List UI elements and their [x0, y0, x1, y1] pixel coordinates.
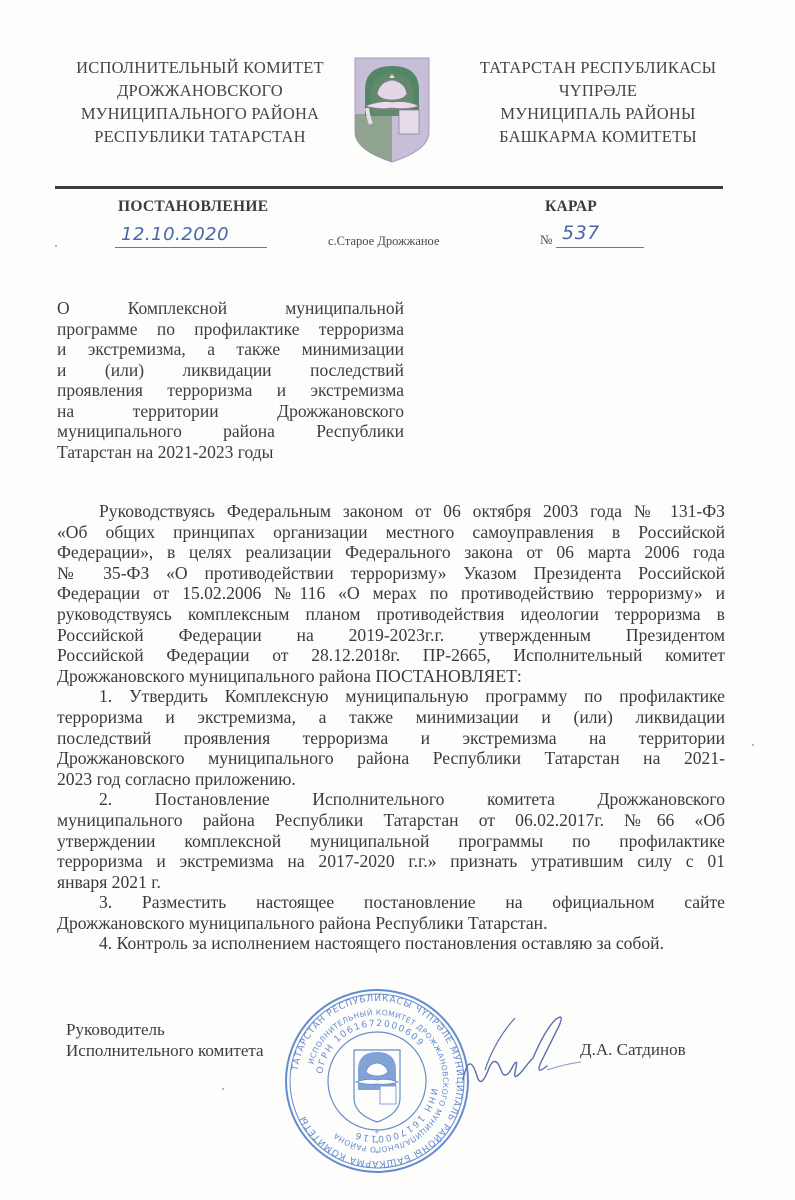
- body-line: «Об общих принципах организации местного…: [57, 522, 725, 543]
- doc-type-russian: ПОСТАНОВЛЕНИЕ: [118, 198, 268, 216]
- document-page: ИСПОЛНИТЕЛЬНЫЙ КОМИТЕТ ДРОЖЖАНОВСКОГО МУ…: [0, 0, 795, 1200]
- svg-text:*: *: [375, 1139, 379, 1148]
- body-line: Руководствуясь Федеральным законом от 06…: [57, 501, 725, 522]
- body-line: терроризма и экстремизма на 2017-2020 г.…: [57, 851, 725, 872]
- subject-line: и (или) ликвидации последствий: [57, 360, 404, 381]
- subject-line: О Комплексной муниципальной: [57, 298, 404, 319]
- number-field: 537: [556, 226, 644, 248]
- signatory-name: Д.А. Сатдинов: [580, 1040, 686, 1060]
- svg-text:*: *: [375, 1149, 379, 1158]
- subject-line: на территории Дрожжановского: [57, 401, 404, 422]
- signatory-title-line-1: Руководитель: [66, 1019, 264, 1040]
- header-right-line: ТАТАРСТАН РЕСПУБЛИКАСЫ: [448, 56, 748, 79]
- number-value: 537: [562, 222, 600, 244]
- date-field: 12.10.2020: [115, 226, 267, 248]
- header-left-line: МУНИЦИПАЛЬНОГО РАЙОНА: [50, 102, 350, 125]
- header-right-line: ЧҮПРӘЛЕ: [448, 79, 748, 102]
- header-left-russian: ИСПОЛНИТЕЛЬНЫЙ КОМИТЕТ ДРОЖЖАНОВСКОГО МУ…: [50, 56, 350, 148]
- body-line: Российской Федерации на 2019-2023г.г. ут…: [57, 625, 725, 646]
- body-line: № 35-ФЗ «О противодействии терроризму» У…: [57, 563, 725, 584]
- subject-line: Татарстан на 2021-2023 годы: [57, 442, 404, 463]
- scan-speck: [752, 744, 754, 746]
- body-line: терроризма и экстремизма, а также миними…: [57, 707, 725, 728]
- body-line: 2023 год согласно приложению.: [57, 769, 725, 790]
- doc-type-tatar: КАРАР: [545, 198, 597, 216]
- body-line: Российской Федерации от 28.12.2018г. ПР-…: [57, 645, 725, 666]
- header-right-line: МУНИЦИПАЛЬ РАЙОНЫ: [448, 102, 748, 125]
- signatory-title-line-2: Исполнительного комитета: [66, 1040, 264, 1061]
- date-value: 12.10.2020: [121, 224, 229, 245]
- header-left-line: ДРОЖЖАНОВСКОГО: [50, 79, 350, 102]
- subject-line: муниципального района Республики: [57, 421, 404, 442]
- scan-speck: [55, 245, 57, 247]
- official-stamp-icon: ТАТАРСТАН РЕСПУБЛИКАСЫ ЧҮПРӘЛЕ МУНИЦИПАЛ…: [282, 986, 472, 1176]
- item-3-paragraph: 3. Разместить настоящее постановление на…: [57, 892, 725, 933]
- body-line: последствий проявления терроризма и экст…: [57, 728, 725, 749]
- body-line: 1. Утвердить Комплексную муниципальную п…: [57, 686, 725, 707]
- header-left-line: РЕСПУБЛИКИ ТАТАРСТАН: [50, 125, 350, 148]
- svg-text:*: *: [375, 1129, 379, 1138]
- subject-block: О Комплексной муниципальной программе по…: [57, 298, 404, 462]
- body-line: 4. Контроль за исполнением настоящего по…: [57, 933, 725, 954]
- body-line: 3. Разместить настоящее постановление на…: [57, 892, 725, 913]
- subject-line: программе по профилактике терроризма: [57, 319, 404, 340]
- body-line: Федерации от 15.02.2006 №116 «О мерах по…: [57, 583, 725, 604]
- body-line: утверждении комплексной муниципальной пр…: [57, 831, 725, 852]
- body-line: руководствуясь комплексным планом против…: [57, 604, 725, 625]
- header-left-line: ИСПОЛНИТЕЛЬНЫЙ КОМИТЕТ: [50, 56, 350, 79]
- body-line: 2. Постановление Исполнительного комитет…: [57, 789, 725, 810]
- body-line: января 2021 г.: [57, 872, 725, 893]
- header-right-tatar: ТАТАРСТАН РЕСПУБЛИКАСЫ ЧҮПРӘЛЕ МУНИЦИПАЛ…: [448, 56, 748, 148]
- subject-line: проявления терроризма и экстремизма: [57, 380, 404, 401]
- preamble-paragraph: Руководствуясь Федеральным законом от 06…: [57, 501, 725, 686]
- coat-of-arms-icon: [351, 54, 433, 166]
- scan-speck: [222, 1088, 224, 1090]
- body-line: Дрожжановского муниципального района ПОС…: [57, 666, 725, 687]
- item-4-paragraph: 4. Контроль за исполнением настоящего по…: [57, 933, 725, 954]
- body-text: Руководствуясь Федеральным законом от 06…: [57, 501, 725, 954]
- item-2-paragraph: 2. Постановление Исполнительного комитет…: [57, 789, 725, 892]
- body-line: муниципального района Республики Татарст…: [57, 810, 725, 831]
- body-line: Дрожжановского муниципального района Рес…: [57, 748, 725, 769]
- number-label: №: [540, 232, 552, 248]
- body-line: Дрожжановского муниципального района Рес…: [57, 913, 725, 934]
- subject-line: и экстремизма, а также минимизации: [57, 339, 404, 360]
- signatory-title: Руководитель Исполнительного комитета: [66, 1019, 264, 1061]
- place-label: с.Старое Дрожжаное: [328, 234, 440, 249]
- header-divider: [55, 186, 723, 189]
- item-1-paragraph: 1. Утвердить Комплексную муниципальную п…: [57, 686, 725, 789]
- scan-speck: [692, 800, 694, 802]
- header-right-line: БАШКАРМА КОМИТЕТЫ: [448, 125, 748, 148]
- handwritten-signature-icon: [455, 1010, 585, 1105]
- body-line: Федерации», в целях реализации Федеральн…: [57, 542, 725, 563]
